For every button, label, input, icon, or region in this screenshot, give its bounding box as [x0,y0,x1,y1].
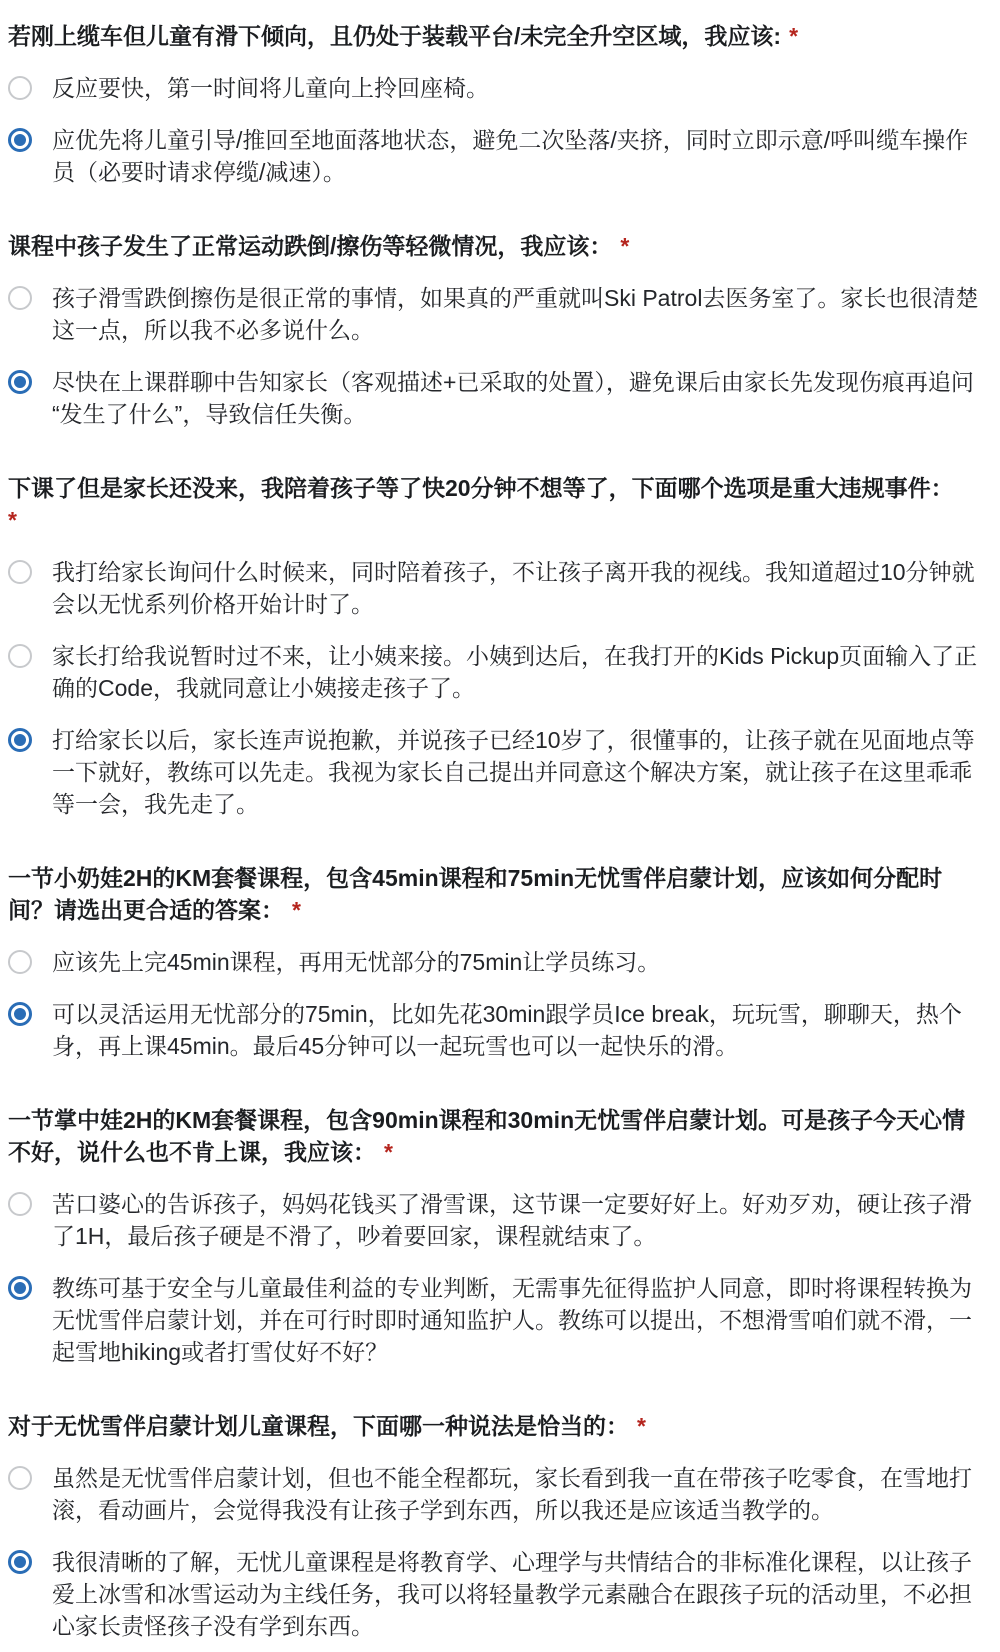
question-title: 一节小奶娃2H的KM套餐课程，包含45min课程和75min无忧雪伴启蒙计划，应… [8,862,985,926]
radio-unselected-icon[interactable] [8,950,32,974]
radio-option[interactable]: 应优先将儿童引导/推回至地面落地状态，避免二次坠落/夹挤，同时立即示意/呼叫缆车… [8,124,985,188]
question-title: 下课了但是家长还没来，我陪着孩子等了快20分钟不想等了，下面哪个选项是重大违规事… [8,472,985,536]
question-4: 一节小奶娃2H的KM套餐课程，包含45min课程和75min无忧雪伴启蒙计划，应… [8,862,985,1062]
question-2: 课程中孩子发生了正常运动跌倒/擦伤等轻微情况，我应该：* 孩子滑雪跌倒擦伤是很正… [8,230,985,430]
radio-option[interactable]: 虽然是无忧雪伴启蒙计划，但也不能全程都玩，家长看到我一直在带孩子吃零食，在雪地打… [8,1462,985,1526]
radio-option[interactable]: 尽快在上课群聊中告知家长（客观描述+已采取的处置），避免课后由家长先发现伤痕再追… [8,366,985,430]
option-label: 家长打给我说暂时过不来，让小姨来接。小姨到达后，在我打开的Kids Pickup… [52,640,985,704]
radio-unselected-icon[interactable] [8,644,32,668]
question-text: 课程中孩子发生了正常运动跌倒/擦伤等轻微情况，我应该： [8,233,612,259]
radio-selected-icon[interactable] [8,1550,32,1574]
question-1: 若刚上缆车但儿童有滑下倾向，且仍处于装载平台/未完全升空区域，我应该:* 反应要… [8,20,985,188]
radio-option[interactable]: 应该先上完45min课程，再用无忧部分的75min让学员练习。 [8,946,985,978]
required-asterisk: * [789,23,798,49]
radio-option[interactable]: 苦口婆心的告诉孩子，妈妈花钱买了滑雪课，这节课一定要好好上。好劝歹劝，硬让孩子滑… [8,1188,985,1252]
required-asterisk: * [8,504,985,536]
required-asterisk: * [620,233,629,259]
question-3: 下课了但是家长还没来，我陪着孩子等了快20分钟不想等了，下面哪个选项是重大违规事… [8,472,985,820]
option-label: 教练可基于安全与儿童最佳利益的专业判断，无需事先征得监护人同意，即时将课程转换为… [52,1272,985,1368]
radio-option[interactable]: 可以灵活运用无忧部分的75min，比如先花30min跟学员Ice break，玩… [8,998,985,1062]
radio-option[interactable]: 我打给家长询问什么时候来，同时陪着孩子，不让孩子离开我的视线。我知道超过10分钟… [8,556,985,620]
question-title: 若刚上缆车但儿童有滑下倾向，且仍处于装载平台/未完全升空区域，我应该:* [8,20,985,52]
required-asterisk: * [384,1139,393,1165]
option-label: 打给家长以后，家长连声说抱歉，并说孩子已经10岁了，很懂事的，让孩子就在见面地点… [52,724,985,820]
radio-option[interactable]: 打给家长以后，家长连声说抱歉，并说孩子已经10岁了，很懂事的，让孩子就在见面地点… [8,724,985,820]
quiz-form: 若刚上缆车但儿童有滑下倾向，且仍处于装载平台/未完全升空区域，我应该:* 反应要… [8,20,985,1642]
radio-selected-icon[interactable] [8,1002,32,1026]
radio-option[interactable]: 教练可基于安全与儿童最佳利益的专业判断，无需事先征得监护人同意，即时将课程转换为… [8,1272,985,1368]
option-label: 我打给家长询问什么时候来，同时陪着孩子，不让孩子离开我的视线。我知道超过10分钟… [52,556,985,620]
required-asterisk: * [637,1413,646,1439]
option-label: 可以灵活运用无忧部分的75min，比如先花30min跟学员Ice break，玩… [52,998,985,1062]
radio-option[interactable]: 孩子滑雪跌倒擦伤是很正常的事情，如果真的严重就叫Ski Patrol去医务室了。… [8,282,985,346]
question-title: 对于无忧雪伴启蒙计划儿童课程，下面哪一种说法是恰当的：* [8,1410,985,1442]
question-title: 一节掌中娃2H的KM套餐课程，包含90min课程和30min无忧雪伴启蒙计划。可… [8,1104,985,1168]
radio-option[interactable]: 我很清晰的了解，无忧儿童课程是将教育学、心理学与共情结合的非标准化课程，以让孩子… [8,1546,985,1642]
question-title: 课程中孩子发生了正常运动跌倒/擦伤等轻微情况，我应该：* [8,230,985,262]
radio-unselected-icon[interactable] [8,1192,32,1216]
radio-unselected-icon[interactable] [8,1466,32,1490]
option-label: 尽快在上课群聊中告知家长（客观描述+已采取的处置），避免课后由家长先发现伤痕再追… [52,366,985,430]
radio-unselected-icon[interactable] [8,560,32,584]
option-label: 虽然是无忧雪伴启蒙计划，但也不能全程都玩，家长看到我一直在带孩子吃零食，在雪地打… [52,1462,985,1526]
radio-unselected-icon[interactable] [8,76,32,100]
radio-option[interactable]: 家长打给我说暂时过不来，让小姨来接。小姨到达后，在我打开的Kids Pickup… [8,640,985,704]
option-label: 我很清晰的了解，无忧儿童课程是将教育学、心理学与共情结合的非标准化课程，以让孩子… [52,1546,985,1642]
question-text: 对于无忧雪伴启蒙计划儿童课程，下面哪一种说法是恰当的： [8,1413,629,1439]
option-label: 应优先将儿童引导/推回至地面落地状态，避免二次坠落/夹挤，同时立即示意/呼叫缆车… [52,124,985,188]
question-text: 一节掌中娃2H的KM套餐课程，包含90min课程和30min无忧雪伴启蒙计划。可… [8,1107,965,1165]
question-6: 对于无忧雪伴启蒙计划儿童课程，下面哪一种说法是恰当的：* 虽然是无忧雪伴启蒙计划… [8,1410,985,1642]
radio-selected-icon[interactable] [8,728,32,752]
option-label: 应该先上完45min课程，再用无忧部分的75min让学员练习。 [52,946,985,978]
question-text: 一节小奶娃2H的KM套餐课程，包含45min课程和75min无忧雪伴启蒙计划，应… [8,865,942,923]
radio-selected-icon[interactable] [8,1276,32,1300]
question-text: 若刚上缆车但儿童有滑下倾向，且仍处于装载平台/未完全升空区域，我应该: [8,23,781,49]
radio-selected-icon[interactable] [8,128,32,152]
required-asterisk: * [292,897,301,923]
radio-option[interactable]: 反应要快，第一时间将儿童向上拎回座椅。 [8,72,985,104]
radio-unselected-icon[interactable] [8,286,32,310]
question-text: 下课了但是家长还没来，我陪着孩子等了快20分钟不想等了，下面哪个选项是重大违规事… [8,475,954,501]
radio-selected-icon[interactable] [8,370,32,394]
option-label: 孩子滑雪跌倒擦伤是很正常的事情，如果真的严重就叫Ski Patrol去医务室了。… [52,282,985,346]
option-label: 反应要快，第一时间将儿童向上拎回座椅。 [52,72,985,104]
question-5: 一节掌中娃2H的KM套餐课程，包含90min课程和30min无忧雪伴启蒙计划。可… [8,1104,985,1368]
option-label: 苦口婆心的告诉孩子，妈妈花钱买了滑雪课，这节课一定要好好上。好劝歹劝，硬让孩子滑… [52,1188,985,1252]
